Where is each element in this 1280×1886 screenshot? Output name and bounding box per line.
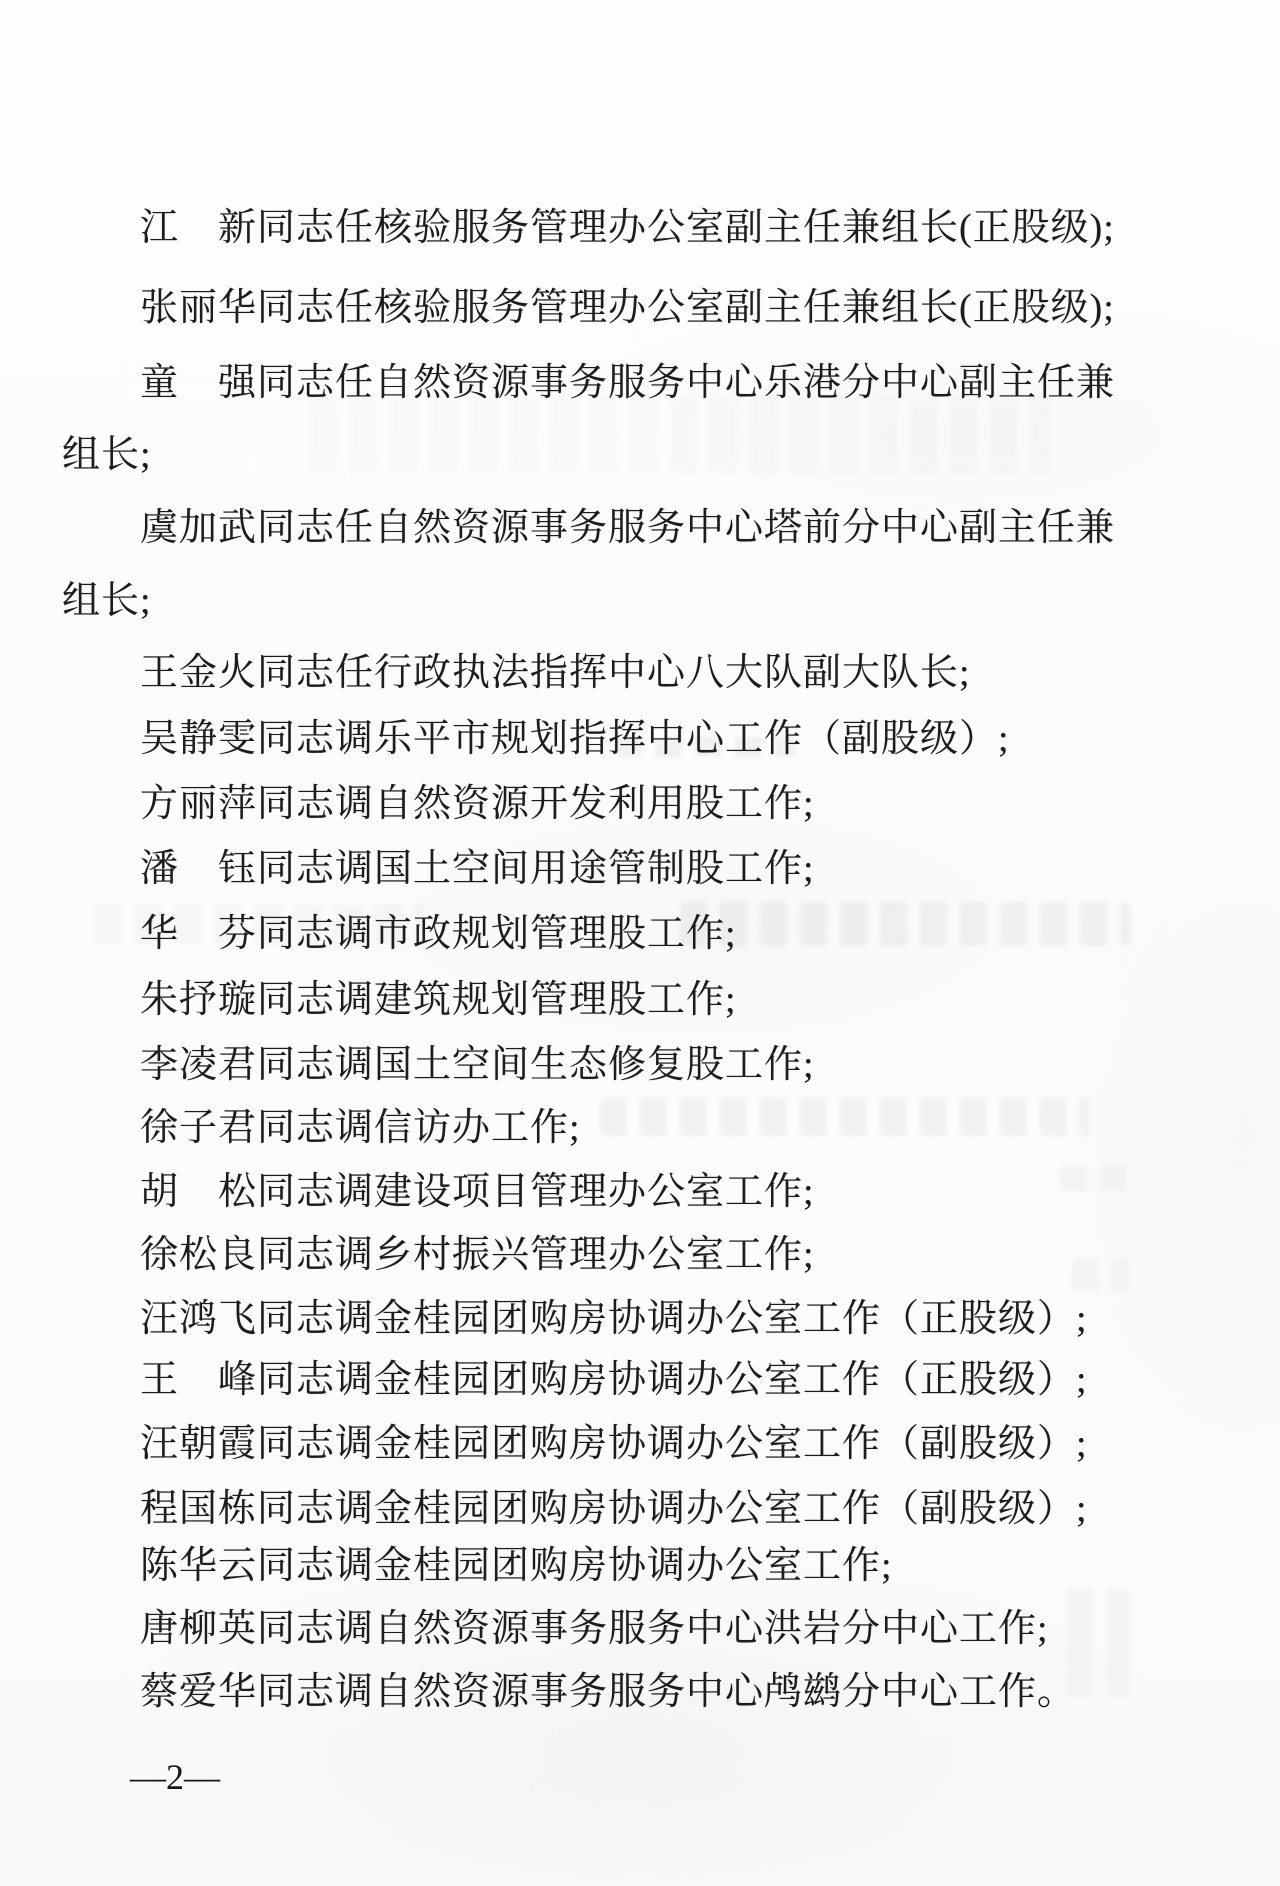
doc-line: 吴静雯同志调乐平市规划指挥中心工作（副股级）; [140,716,1010,762]
doc-line: 汪鸿飞同志调金桂园团购房协调办公室工作（正股级）; [140,1296,1088,1342]
doc-line: 组长; [62,432,152,478]
doc-line: 徐子君同志调信访办工作; [140,1105,581,1151]
doc-line: 虞加武同志任自然资源事务服务中心塔前分中心副主任兼 [140,505,1115,551]
page-number: —2— [130,1756,220,1798]
doc-line: 徐松良同志调乡村振兴管理办公室工作; [140,1232,815,1278]
doc-line: 李凌君同志调国土空间生态修复股工作; [140,1042,815,1088]
doc-line: 张丽华同志任核验服务管理办公室副主任兼组长(正股级); [140,285,1115,331]
doc-line: 王金火同志任行政执法指挥中心八大队副大队长; [140,650,971,696]
doc-line: 蔡爱华同志调自然资源事务服务中心鸬鹚分中心工作。 [140,1669,1076,1715]
doc-line: 方丽萍同志调自然资源开发利用股工作; [140,781,815,827]
doc-line: 胡 松同志调建设项目管理办公室工作; [140,1169,815,1215]
doc-line: 王 峰同志调金桂园团购房协调办公室工作（正股级）; [140,1357,1088,1403]
doc-line: 组长; [62,578,152,624]
doc-line: 唐柳英同志调自然资源事务服务中心洪岩分中心工作; [140,1606,1049,1652]
doc-line: 程国栋同志调金桂园团购房协调办公室工作（副股级）; [140,1486,1088,1532]
doc-line: 陈华云同志调金桂园团购房协调办公室工作; [140,1543,893,1589]
doc-line: 朱抒璇同志调建筑规划管理股工作; [140,977,737,1023]
doc-line: 华 芬同志调市政规划管理股工作; [140,911,737,957]
doc-line: 汪朝霞同志调金桂园团购房协调办公室工作（副股级）; [140,1421,1088,1467]
doc-line: 童 强同志任自然资源事务服务中心乐港分中心副主任兼 [140,360,1115,406]
doc-line: 潘 钰同志调国土空间用途管制股工作; [140,846,815,892]
doc-line: 江 新同志任核验服务管理办公室副主任兼组长(正股级); [140,205,1115,251]
